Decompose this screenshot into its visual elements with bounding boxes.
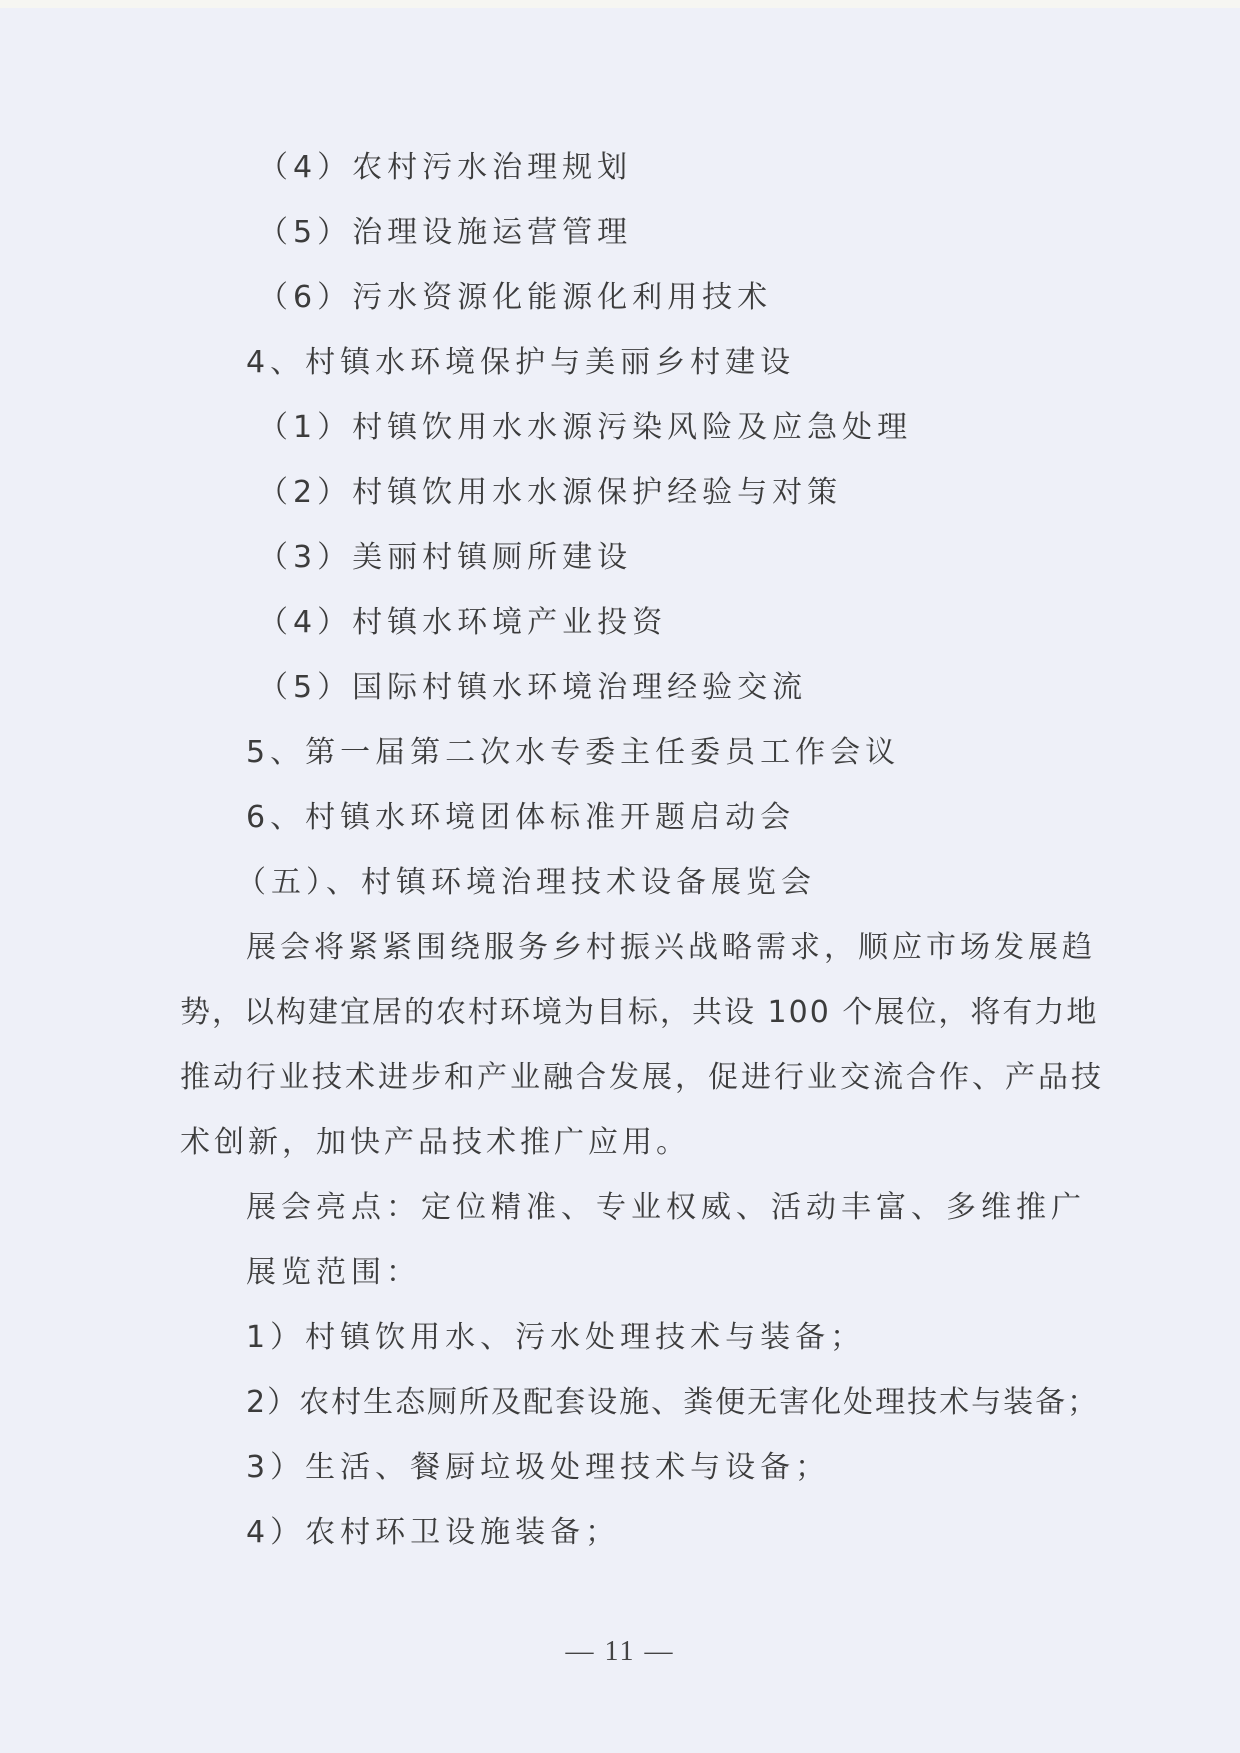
item-facility-operation: （5）治理设施运营管理	[258, 213, 632, 253]
item-international-exchange: （5）国际村镇水环境治理经验交流	[258, 668, 807, 708]
item-toilet-construction: （3）美丽村镇厕所建设	[258, 538, 632, 578]
scope-item-4: 4）农村环卫设施装备；	[246, 1513, 620, 1553]
scope-item-2: 2）农村生态厕所及配套设施、粪便无害化处理技术与装备；	[246, 1383, 1099, 1423]
scope-item-1: 1）村镇饮用水、污水处理技术与装备；	[246, 1318, 865, 1358]
document-page: （4）农村污水治理规划 （5）治理设施运营管理 （6）污水资源化能源化利用技术 …	[0, 0, 1240, 1753]
exhibition-paragraph-line-2: 势，以构建宜居的农村环境为目标，共设 100 个展位，将有力地	[180, 993, 1098, 1033]
item-industry-investment: （4）村镇水环境产业投资	[258, 603, 667, 643]
item-drinking-water-risk: （1）村镇饮用水水源污染风险及应急处理	[258, 408, 912, 448]
exhibition-paragraph-line-3: 推动行业技术进步和产业融合发展，促进行业交流合作、产品技	[180, 1058, 1104, 1098]
section-6-heading: 6、村镇水环境团体标准开题启动会	[246, 798, 795, 838]
item-drinking-water-protection: （2）村镇饮用水水源保护经验与对策	[258, 473, 842, 513]
exhibition-heading: （五）、村镇环境治理技术设备展览会	[236, 863, 816, 903]
exhibition-highlights: 展会亮点：定位精准、专业权威、活动丰富、多维推广	[246, 1188, 1086, 1228]
item-sewage-resource-utilization: （6）污水资源化能源化利用技术	[258, 278, 772, 318]
exhibition-scope-heading: 展览范围：	[246, 1253, 421, 1293]
section-4-heading: 4、村镇水环境保护与美丽乡村建设	[246, 343, 795, 383]
exhibition-paragraph-line-1: 展会将紧紧围绕服务乡村振兴战略需求，顺应市场发展趋	[246, 928, 1096, 968]
scope-item-3: 3）生活、餐厨垃圾处理技术与设备；	[246, 1448, 830, 1488]
item-sewage-planning: （4）农村污水治理规划	[258, 148, 632, 188]
section-5-heading: 5、第一届第二次水专委主任委员工作会议	[246, 733, 900, 773]
exhibition-paragraph-line-4: 术创新，加快产品技术推广应用。	[180, 1123, 690, 1163]
page-number: — 11 —	[0, 1632, 1240, 1672]
